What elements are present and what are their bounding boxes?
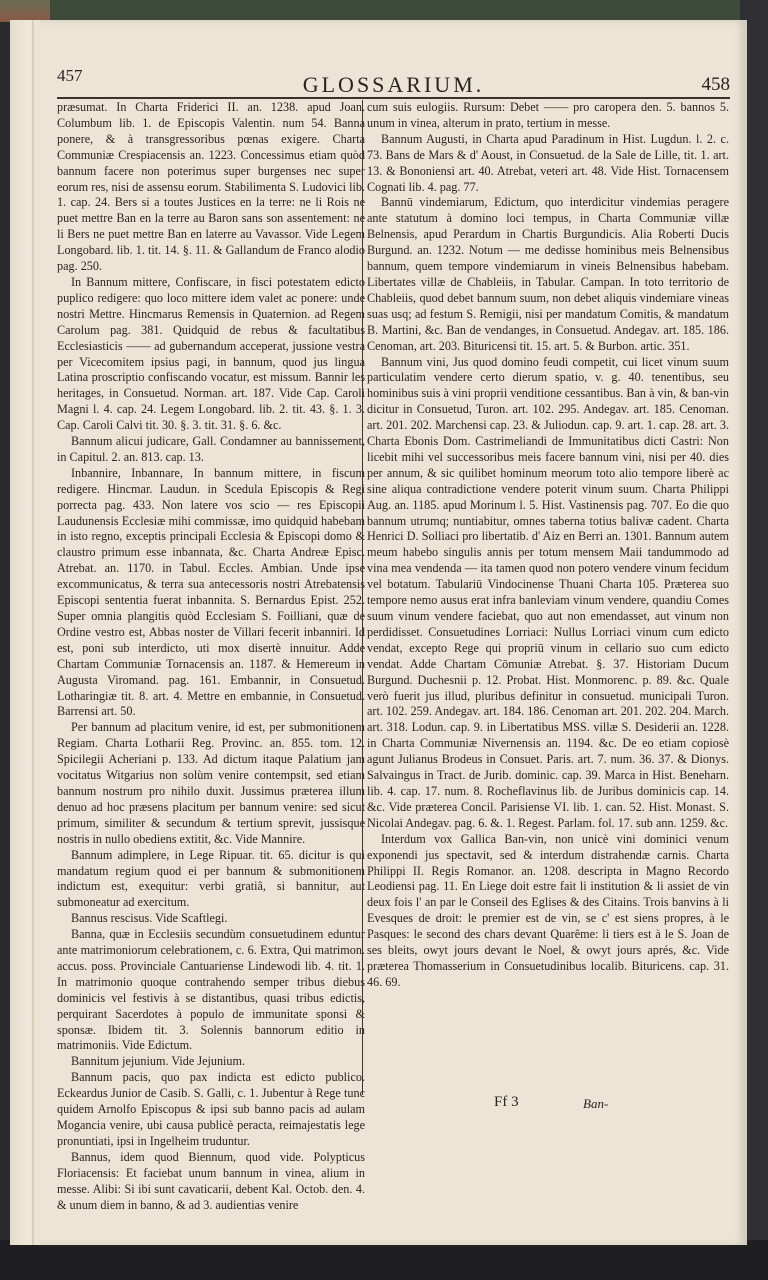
paragraph: Bannum pacis, quo pax indicta est edicto… bbox=[57, 1070, 365, 1150]
paragraph: Bannitum jejunium. Vide Jejunium. bbox=[57, 1054, 365, 1070]
running-head: 457 GLOSSARIUM. 458 bbox=[57, 66, 730, 98]
page-fold bbox=[32, 20, 34, 1245]
book-edge bbox=[0, 0, 50, 22]
paragraph: Interdum vox Gallica Ban-vin, non unicè … bbox=[367, 832, 729, 991]
paragraph: Bannus rescisus. Vide Scaftlegi. bbox=[57, 911, 365, 927]
page-number-right: 458 bbox=[702, 74, 731, 96]
paragraph: Bannus, idem quod Biennum, quod vide. Po… bbox=[57, 1150, 365, 1214]
paragraph: cum suis eulogiis. Rursum: Debet —— pro … bbox=[367, 100, 729, 132]
paragraph: Bannū vindemiarum, Edictum, quo interdic… bbox=[367, 195, 729, 354]
paragraph: In Bannum mittere, Confiscare, in fisci … bbox=[57, 275, 365, 434]
paragraph: Inbannire, Inbannare, In bannum mittere,… bbox=[57, 466, 365, 721]
paragraph: Bannum adimplere, in Lege Ripuar. tit. 6… bbox=[57, 848, 365, 912]
column-divider bbox=[362, 100, 363, 1095]
left-column: præsumat. In Charta Friderici II. an. 12… bbox=[57, 100, 365, 1213]
paragraph: Bannum vini, Jus quod domino feudi compe… bbox=[367, 355, 729, 832]
signature-mark: Ff 3 bbox=[494, 1094, 519, 1111]
paragraph: Per bannum ad placitum venire, id est, p… bbox=[57, 720, 365, 847]
header-rule bbox=[57, 97, 730, 99]
bottom-background bbox=[0, 1240, 768, 1280]
catchword: Ban- bbox=[583, 1096, 608, 1112]
page-title: GLOSSARIUM. bbox=[57, 72, 730, 98]
paragraph: Bannum Augusti, in Charta apud Paradinum… bbox=[367, 132, 729, 196]
paragraph: Bannum alicui judicare, Gall. Condamner … bbox=[57, 434, 365, 466]
paragraph: præsumat. In Charta Friderici II. an. 12… bbox=[57, 100, 365, 275]
right-column: cum suis eulogiis. Rursum: Debet —— pro … bbox=[367, 100, 729, 991]
page-gutter bbox=[10, 20, 40, 1245]
top-background-strip bbox=[0, 0, 768, 22]
paragraph: Banna, quæ in Ecclesiis secundùm consuet… bbox=[57, 927, 365, 1054]
